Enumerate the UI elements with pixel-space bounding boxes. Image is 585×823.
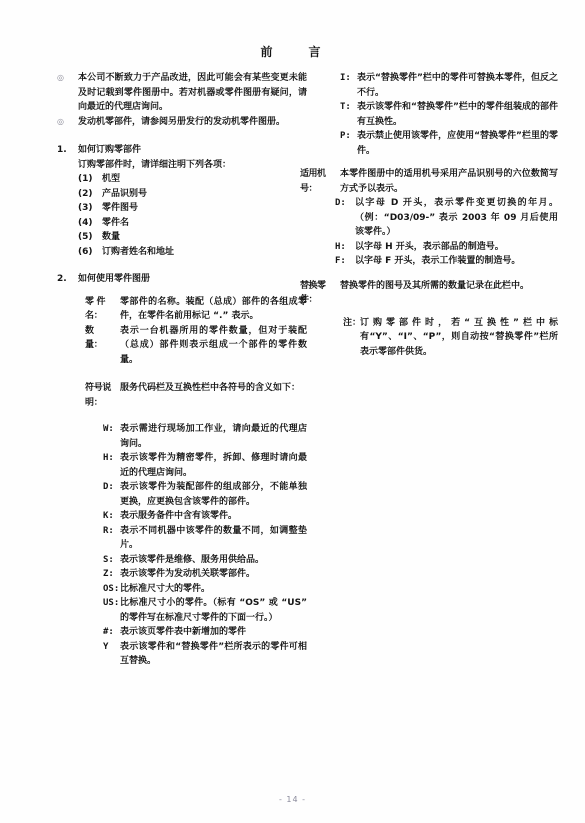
page-number: - 14 - [0,793,585,808]
symbol-row-I: I: 表示“替换零件”栏中的零件可替换本零件，但反之不行。 [300,71,558,100]
symbol-code: Y [103,640,120,669]
symbol-desc: 比标准尺寸大的零件。 [120,582,307,597]
symbol-desc: 比标准尺寸小的零件。（标有 “OS” 或 “US” 的零件写在标准尺寸零件的下面… [120,596,307,625]
item-number: (1) [78,172,102,187]
symbol-code: P: [340,129,357,158]
symbol-code: D: [103,480,120,509]
symbol-row-Y: Y 表示该零件和“替换零件”栏所表示的零件可相互替换。 [57,640,307,669]
item-number: (3) [78,201,102,216]
definition-text: 表示一台机器所用的零件数量，但对于装配（总成）部件则表示组成一个部件的零件数量。 [120,324,307,368]
symbol-row-P: P: 表示禁止使用该零件，应使用“替换零件”栏里的零件。 [300,129,558,158]
symbol-row-US: US: 比标准尺寸小的零件。（标有 “OS” 或 “US” 的零件写在标准尺寸零… [57,596,307,625]
symbol-code: H: [103,451,120,480]
symbol-code: W: [103,422,120,451]
symbol-desc: 表示该页零件表中新增加的零件 [120,625,307,640]
definition-label: 符号说明： [85,381,120,410]
symbol-code: Z: [103,567,120,582]
symbol-row-D: D: 表示该零件为装配部件的组成部分，不能单独更换，应更换包含该零件的部件。 [57,480,307,509]
symbol-desc: 表示服务备件中含有该零件。 [120,509,307,524]
symbol-code: #: [103,625,120,640]
definition-text: 替换零件的图号及其所需的数量记录在此栏中。 [340,279,558,308]
symbol-desc: 以字母 F 开头，表示工作装置的制造号。 [355,254,558,269]
symbol-row-R: R: 表示不同机器中该零件的数量不同，如调整垫片。 [57,524,307,553]
symbol-row-T: T: 表示该零件和“替换零件”栏中的零件组装成的部件有互换性。 [300,100,558,129]
item-text: 订购者姓名和地址 [102,245,307,260]
definition-label: 适用机号： [300,167,340,196]
machine-no-symbol-F: F: 以字母 F 开头，表示工作装置的制造号。 [300,254,558,269]
symbol-code: H: [335,240,355,255]
symbol-row-OS: OS: 比标准尺寸大的零件。 [57,582,307,597]
symbol-desc: 表示该零件为装配部件的组成部分，不能单独更换，应更换包含该零件的部件。 [120,480,307,509]
notice-bullet-2: ◎ 发动机零部件，请参阅另册发行的发动机零件图册。 [57,115,307,130]
section-number: 2. [57,272,78,287]
manual-preface-page: 前 言 ◎ 本公司不断致力于产品改进，因此可能会有某些变更未能及时记载到零件图册… [0,0,585,823]
symbol-code: S: [103,553,120,568]
section-title: 如何订购零部件 [78,143,307,158]
symbol-row-H: H: 表示该零件为精密零件，拆卸、修理时请向最近的代理店询问。 [57,451,307,480]
symbol-code: D: [335,196,355,240]
symbol-code: I: [340,71,357,100]
note-text: 订购零部件时，若“互换性”栏中标有“Y”、“I”、“P”，则自动按“替换零件”栏… [360,316,558,360]
page-title: 前 言 [0,45,585,60]
machine-no-symbol-D: D: 以字母 D 开头，表示零件变更切换的年月。（例：“D03/09-” 表示 … [300,196,558,240]
symbol-code: T: [340,100,357,129]
item-text: 零件图号 [102,201,307,216]
symbol-row-W: W: 表示需进行现场加工作业，请向最近的代理店询问。 [57,422,307,451]
symbol-code: US: [103,596,120,625]
definition-part-name: 零 件 名： 零部件的名称。装配（总成）部件的各组成零件，在零件名前用标记 “.… [57,295,307,324]
definition-replacement-part: 替换零件： 替换零件的图号及其所需的数量记录在此栏中。 [300,279,558,308]
symbol-row-K: K: 表示服务备件中含有该零件。 [57,509,307,524]
section-1-heading: 1. 如何订购零部件 [57,143,307,158]
section-title: 如何使用零件图册 [78,272,307,287]
symbol-row-hash: #: 表示该页零件表中新增加的零件 [57,625,307,640]
order-item: (5) 数量 [57,230,307,245]
symbol-row-Z: Z: 表示该零件为发动机关联零部件。 [57,567,307,582]
definition-text: 零部件的名称。装配（总成）部件的各组成零件，在零件名前用标记 “.” 表示。 [120,295,307,324]
definition-label: 零 件 名： [85,295,120,324]
double-circle-bullet-icon: ◎ [57,115,78,130]
item-text: 产品识别号 [102,187,307,202]
item-text: 零件名 [102,216,307,231]
note-label: 注： [343,316,360,360]
definition-text: 服务代码栏及互换性栏中各符号的含义如下： [120,381,307,410]
symbol-desc: 表示该零件和“替换零件”栏所表示的零件可相互替换。 [120,640,307,669]
symbol-desc: 表示该零件为精密零件，拆卸、修理时请向最近的代理店询问。 [120,451,307,480]
definition-symbol-legend: 符号说明： 服务代码栏及互换性栏中各符号的含义如下： [57,381,307,410]
symbol-desc: 表示该零件是维修、服务用供给品。 [120,553,307,568]
symbol-row-S: S: 表示该零件是维修、服务用供给品。 [57,553,307,568]
notice-text: 本公司不断致力于产品改进，因此可能会有某些变更未能及时记载到零件图册中。若对机器… [78,71,307,115]
right-column: I: 表示“替换零件”栏中的零件可替换本零件，但反之不行。 T: 表示该零件和“… [300,71,558,359]
symbol-desc: 表示需进行现场加工作业，请向最近的代理店询问。 [120,422,307,451]
symbol-desc: 以字母 D 开头，表示零件变更切换的年月。（例：“D03/09-” 表示 200… [355,196,558,240]
item-text: 数量 [102,230,307,245]
symbol-desc: 表示不同机器中该零件的数量不同，如调整垫片。 [120,524,307,553]
order-item: (3) 零件图号 [57,201,307,216]
item-number: (4) [78,216,102,231]
item-number: (2) [78,187,102,202]
definitions: 零 件 名： 零部件的名称。装配（总成）部件的各组成零件，在零件名前用标记 “.… [57,295,307,411]
definition-quantity: 数 量： 表示一台机器所用的零件数量，但对于装配（总成）部件则表示组成一个部件的… [57,324,307,368]
symbol-desc: 以字母 H 开头，表示部品的制造号。 [355,240,558,255]
section-1-intro: 订购零部件时，请详细注明下列各项： [57,158,307,173]
symbol-code: K: [103,509,120,524]
order-item: (1) 机型 [57,172,307,187]
symbol-code: OS: [103,582,120,597]
definition-text: 本零件图册中的适用机号采用产品识别号的六位数简写方式予以表示。 [340,167,558,196]
symbol-desc: 表示该零件和“替换零件”栏中的零件组装成的部件有互换性。 [357,100,558,129]
definition-applicable-machine-no: 适用机号： 本零件图册中的适用机号采用产品识别号的六位数简写方式予以表示。 [300,167,558,196]
left-column: ◎ 本公司不断致力于产品改进，因此可能会有某些变更未能及时记载到零件图册中。若对… [57,71,307,669]
section-2-heading: 2. 如何使用零件图册 [57,272,307,287]
symbol-list-left: W: 表示需进行现场加工作业，请向最近的代理店询问。 H: 表示该零件为精密零件… [57,422,307,669]
item-number: (5) [78,230,102,245]
symbol-code: R: [103,524,120,553]
notice-bullet-1: ◎ 本公司不断致力于产品改进，因此可能会有某些变更未能及时记载到零件图册中。若对… [57,71,307,115]
definition-label: 数 量： [85,324,120,368]
item-text: 机型 [102,172,307,187]
machine-no-symbol-H: H: 以字母 H 开头，表示部品的制造号。 [300,240,558,255]
symbol-code: F: [335,254,355,269]
item-number: (6) [78,245,102,260]
symbol-desc: 表示“替换零件”栏中的零件可替换本零件，但反之不行。 [357,71,558,100]
symbol-desc: 表示该零件为发动机关联零部件。 [120,567,307,582]
note-block: 注： 订购零部件时，若“互换性”栏中标有“Y”、“I”、“P”，则自动按“替换零… [300,316,558,360]
order-item: (6) 订购者姓名和地址 [57,245,307,260]
double-circle-bullet-icon: ◎ [57,71,78,115]
order-item: (2) 产品识别号 [57,187,307,202]
definition-label: 替换零件： [300,279,340,308]
order-item: (4) 零件名 [57,216,307,231]
symbol-desc: 表示禁止使用该零件，应使用“替换零件”栏里的零件。 [357,129,558,158]
section-number: 1. [57,143,78,158]
notice-text: 发动机零部件，请参阅另册发行的发动机零件图册。 [78,115,307,130]
